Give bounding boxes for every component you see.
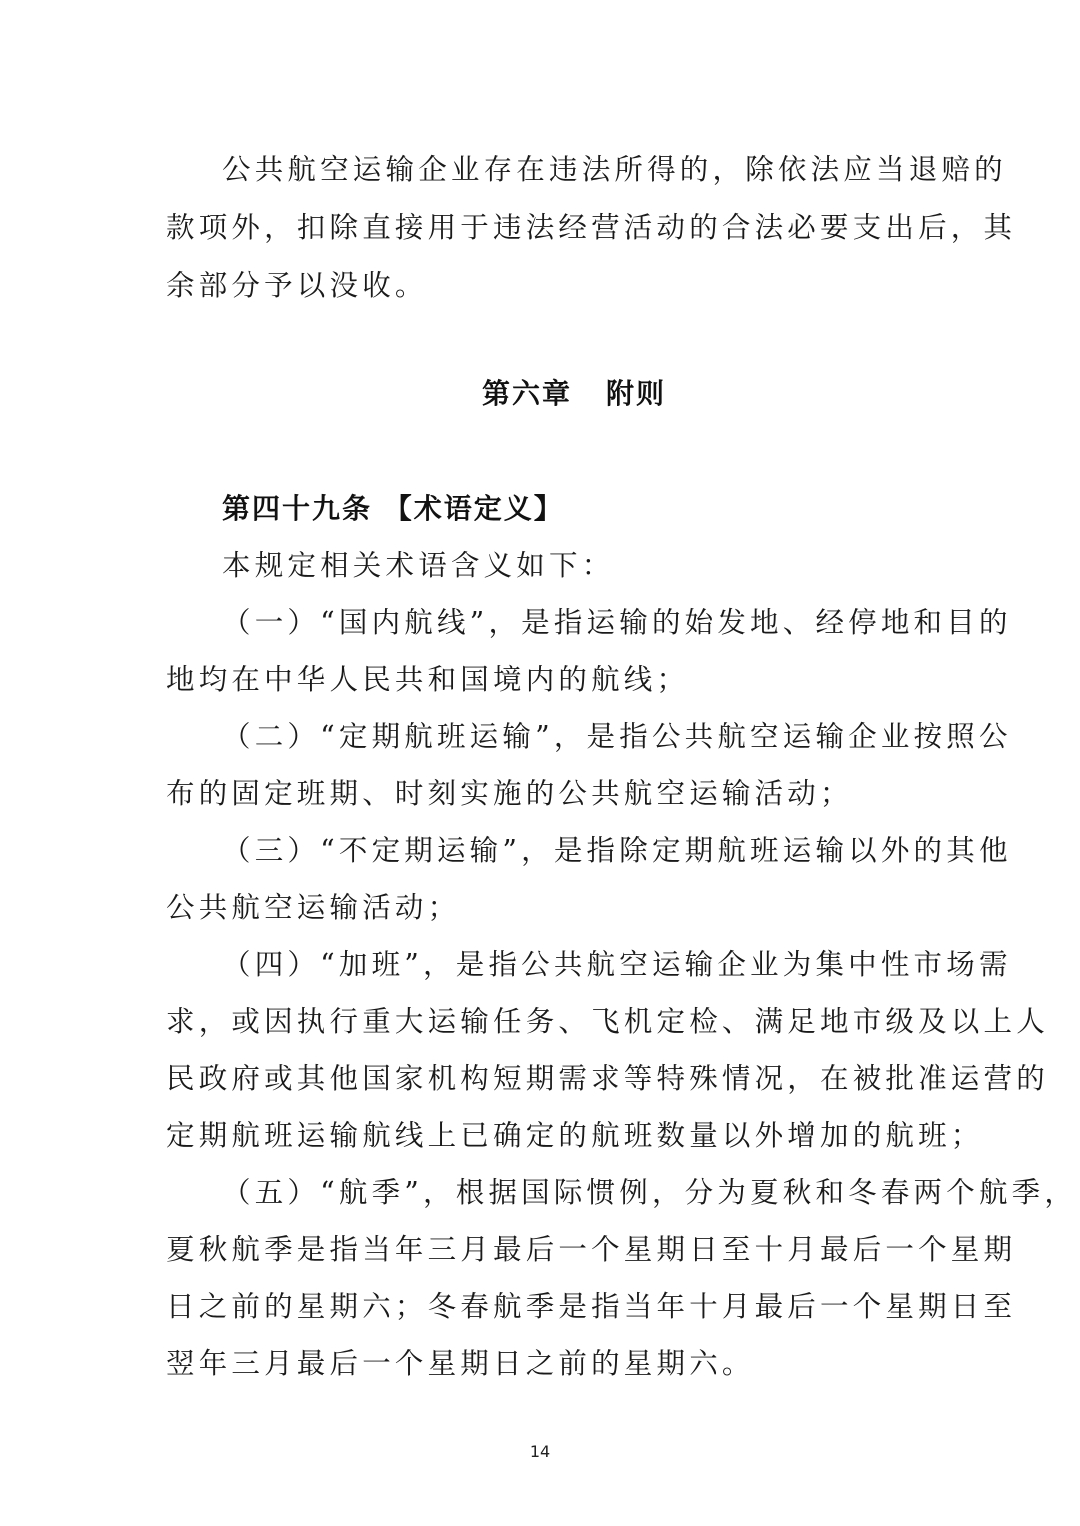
article-heading: 第四十九条 【术语定义】 bbox=[222, 489, 564, 529]
page-number: 14 bbox=[0, 1442, 1080, 1461]
definition-item-line: 公共航空运输活动； bbox=[166, 888, 916, 928]
definition-item-line: 夏秋航季是指当年三月最后一个星期日至十月最后一个星期 bbox=[166, 1230, 916, 1270]
definition-item-line: 日之前的星期六；冬春航季是指当年十月最后一个星期日至 bbox=[166, 1287, 916, 1327]
definition-item-line: 求，或因执行重大运输任务、飞机定检、满足地市级及以上人 bbox=[166, 1002, 916, 1042]
definition-item-line: （三）“不定期运输”，是指除定期航班运输以外的其他 bbox=[222, 831, 916, 871]
definition-item-line: （一）“国内航线”，是指运输的始发地、经停地和目的 bbox=[222, 603, 916, 643]
chapter-number: 第六章 bbox=[482, 377, 572, 410]
definition-item-line: 定期航班运输航线上已确定的航班数量以外增加的航班； bbox=[166, 1116, 916, 1156]
definition-item-line: 地均在中华人民共和国境内的航线； bbox=[166, 660, 916, 700]
definition-item-line: 民政府或其他国家机构短期需求等特殊情况，在被批准运营的 bbox=[166, 1059, 916, 1099]
paragraph-line: 公共航空运输企业存在违法所得的，除依法应当退赔的 bbox=[222, 150, 916, 190]
chapter-title: 附则 bbox=[606, 377, 666, 410]
article-intro: 本规定相关术语含义如下： bbox=[222, 546, 916, 586]
definition-item-line: 翌年三月最后一个星期日之前的星期六。 bbox=[166, 1344, 916, 1384]
definition-item-line: （四）“加班”，是指公共航空运输企业为集中性市场需 bbox=[222, 945, 916, 985]
definition-item-line: （二）“定期航班运输”，是指公共航空运输企业按照公 bbox=[222, 717, 916, 757]
definition-item-line: 布的固定班期、时刻实施的公共航空运输活动； bbox=[166, 774, 916, 814]
definition-item-line: （五）“航季”，根据国际惯例，分为夏秋和冬春两个航季， bbox=[222, 1173, 916, 1213]
chapter-heading: 第六章附则 bbox=[482, 374, 666, 414]
paragraph-line: 余部分予以没收。 bbox=[166, 266, 916, 306]
paragraph-line: 款项外，扣除直接用于违法经营活动的合法必要支出后，其 bbox=[166, 208, 916, 248]
